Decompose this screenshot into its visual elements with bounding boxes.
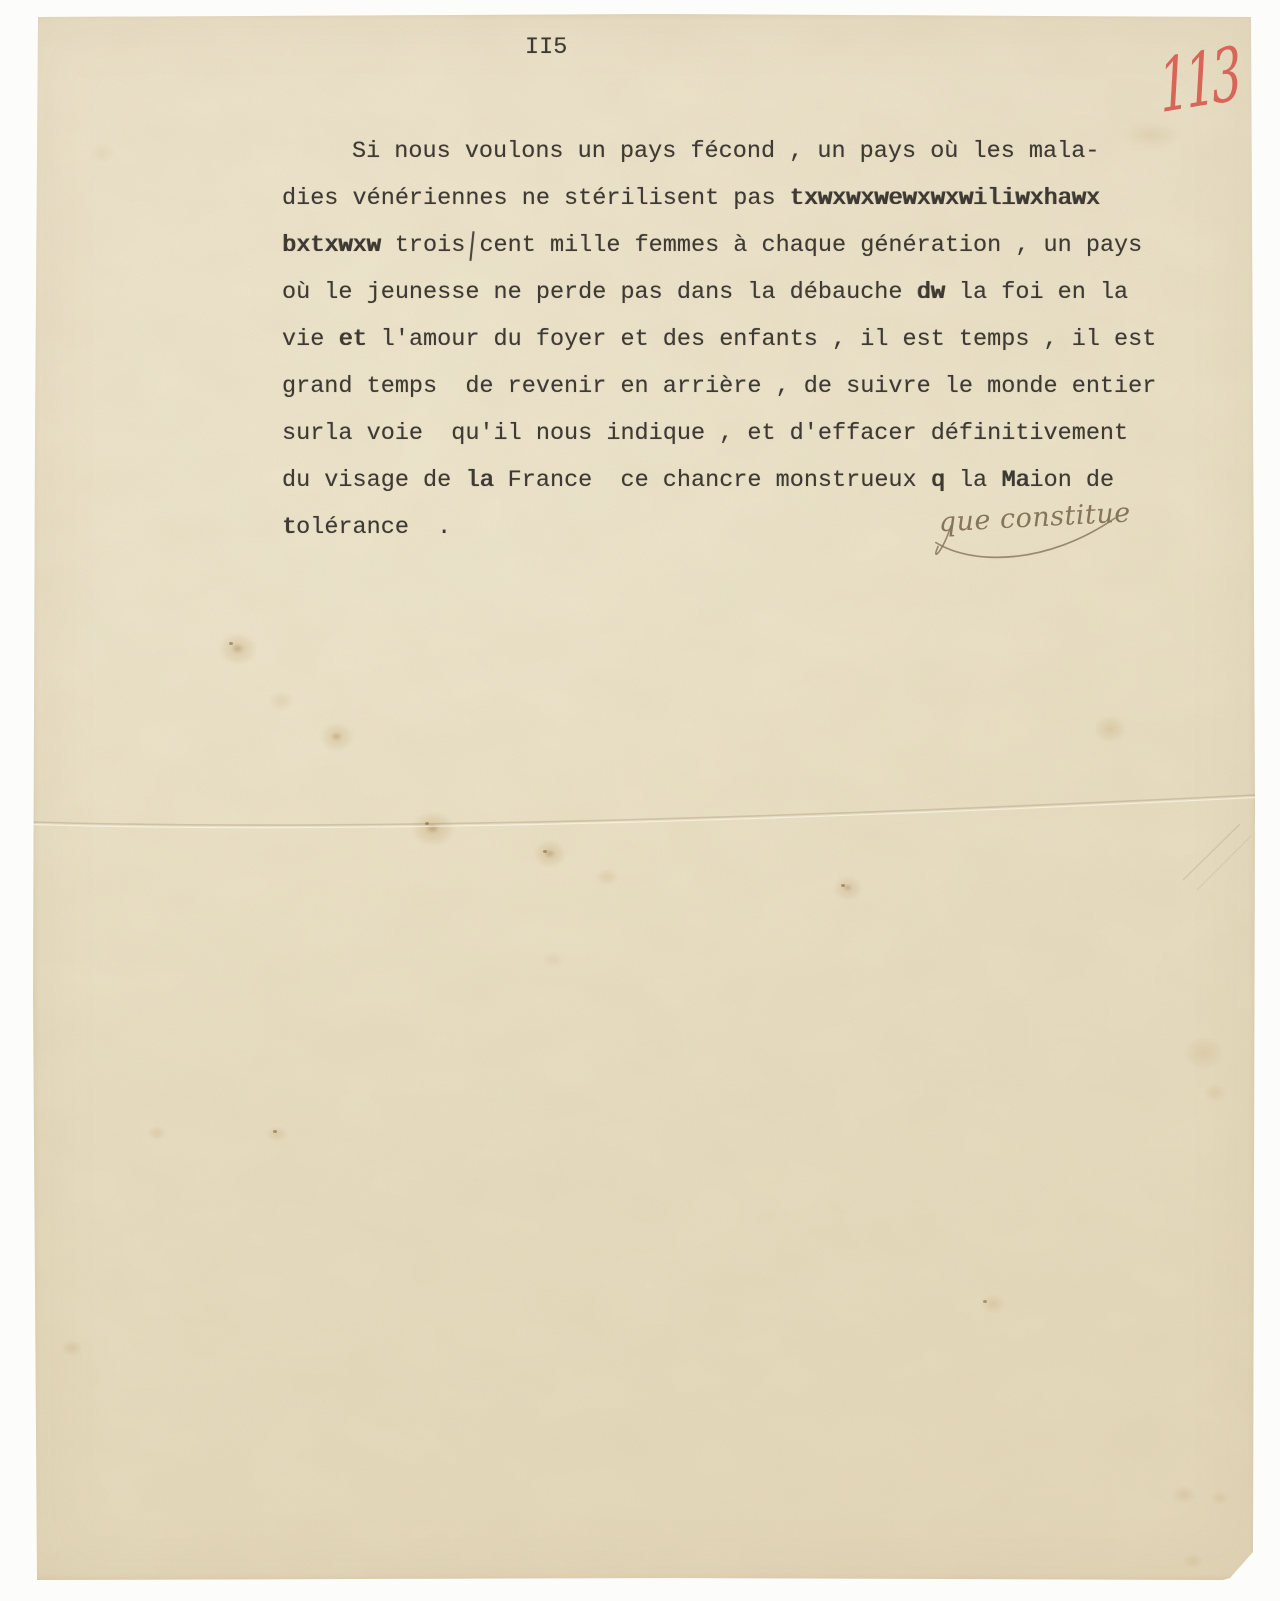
speck	[983, 1300, 987, 1303]
stain	[1089, 712, 1131, 746]
stain	[263, 1124, 291, 1144]
stain	[145, 1124, 169, 1142]
typed-segment: où le jeunesse ne perde pas dans la déba…	[282, 279, 917, 306]
stain	[529, 836, 571, 872]
typed-segment: trois	[381, 232, 466, 259]
stain	[1201, 1082, 1229, 1104]
typed-line-9: tolérance .	[282, 504, 1222, 551]
stain	[1179, 1032, 1229, 1074]
stain	[59, 1338, 85, 1358]
stain	[265, 688, 297, 714]
typed-line-1: Si nous voulons un pays fécond , un pays…	[282, 128, 1222, 175]
typed-segment: l'amour du foyer et des enfants , il est…	[367, 326, 1157, 353]
typed-segment-x: bxtxwxw	[282, 232, 381, 259]
stain	[593, 866, 621, 888]
typed-line-7: surla voie qu'il nous indique , et d'eff…	[282, 410, 1222, 457]
typed-line-6: grand temps de revenir en arrière , de s…	[282, 363, 1222, 410]
document-page: II5 Si nous voulons un pays fécond , un …	[33, 14, 1255, 1580]
stain	[85, 140, 119, 166]
typed-page-number: II5	[525, 34, 567, 61]
typed-segment: la	[945, 467, 1001, 494]
typed-segment-o: q	[931, 467, 945, 494]
stain	[829, 872, 867, 904]
typed-segment: la foi en la	[945, 279, 1128, 306]
stain	[539, 950, 567, 970]
stain	[1181, 1552, 1205, 1570]
typed-segment: cent mille femmes à chaque génération , …	[479, 232, 1142, 259]
corner-crease	[1183, 824, 1240, 880]
typed-segment: vie	[282, 326, 338, 353]
typed-segment: Si nous voulons un pays fécond , un pays…	[352, 138, 1099, 165]
stain	[977, 1292, 1009, 1316]
stain	[405, 806, 461, 852]
typed-segment: du visage de	[282, 467, 465, 494]
stain	[1169, 1484, 1199, 1506]
typed-segment: dies vénériennes ne stérilisent pas	[282, 185, 790, 212]
typed-line-3: bxtxwxw trois|cent mille femmes à chaque…	[282, 222, 1222, 269]
speck	[273, 1130, 277, 1133]
typed-line-5: vie et l'amour du foyer et des enfants ,…	[282, 316, 1222, 363]
corner-crease	[1197, 836, 1251, 890]
fold-crease	[33, 795, 1255, 825]
fold-crease-highlight	[33, 798, 1255, 828]
typed-line-4: où le jeunesse ne perde pas dans la déba…	[282, 269, 1222, 316]
typed-segment: olérance .	[296, 514, 451, 541]
stain	[1209, 1490, 1231, 1506]
typed-paragraph: Si nous voulons un pays fécond , un pays…	[282, 128, 1222, 551]
typed-line-2: dies vénériennes ne stérilisent pas txwx…	[282, 175, 1222, 222]
typed-segment-x: dw	[917, 279, 945, 306]
speck	[841, 884, 845, 887]
typed-segment: ion de	[1029, 467, 1114, 494]
typed-segment-o: la	[465, 467, 493, 494]
red-page-number: 113	[1156, 30, 1242, 130]
red-page-number-text: 113	[1156, 30, 1242, 130]
typed-segment: grand temps de revenir en arrière , de s…	[282, 373, 1156, 400]
typed-segment: surla voie qu'il nous indique , et d'eff…	[282, 420, 1128, 447]
typed-segment: France ce chancre monstrueux	[494, 467, 931, 494]
stain	[315, 718, 359, 756]
stain	[213, 628, 263, 670]
typed-segment-o: et	[338, 326, 366, 353]
speck	[425, 822, 429, 825]
speck	[543, 850, 547, 853]
typed-line-8: du visage de la France ce chancre monstr…	[282, 457, 1222, 504]
typed-segment-o: Ma	[1001, 467, 1029, 494]
speck	[229, 642, 233, 645]
typed-segment-x: txwxwxwewxwxwiliwxhawx	[790, 185, 1100, 212]
typed-segment-o: t	[282, 514, 296, 541]
